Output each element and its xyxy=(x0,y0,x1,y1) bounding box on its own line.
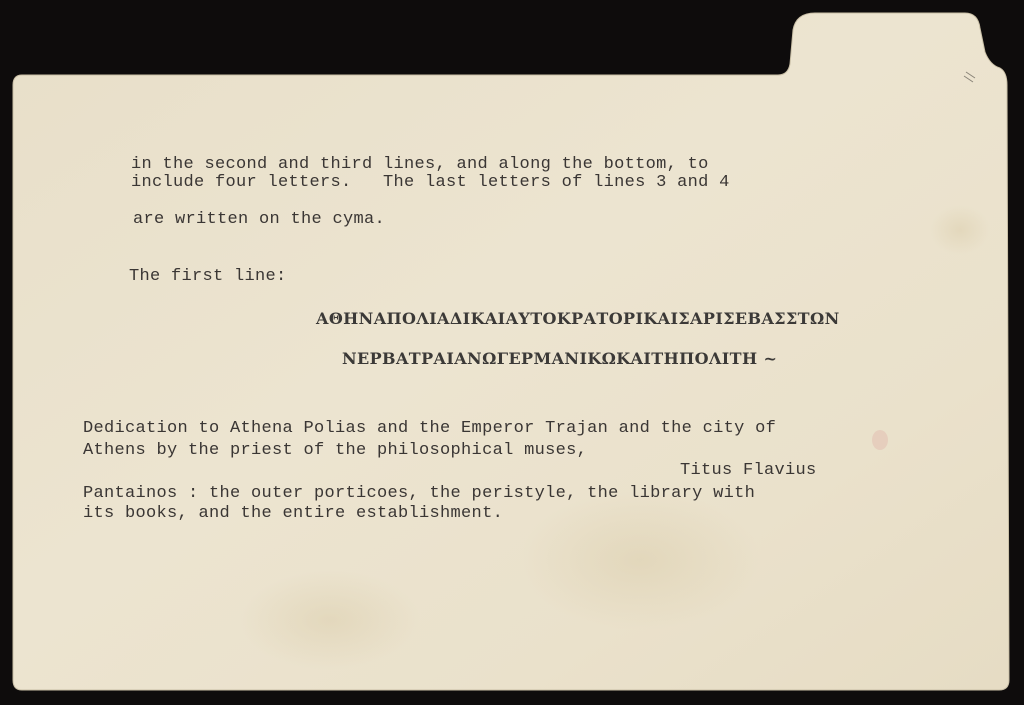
intro-line-1: in the second and third lines, and along… xyxy=(131,156,709,173)
intro-line-2: include four letters. The last letters o… xyxy=(131,174,730,191)
greek-inscription-line-2: ΝΕΡΒΑΤΡΑΙΑΝΩΓΕΡΜΑΝΙΚΩΚΑΙΤΗΠΟΛΙΤΗ ~ xyxy=(342,351,777,367)
translation-line-2-continued: Titus Flavius xyxy=(680,462,817,479)
translation-line-2: Athens by the priest of the philosophica… xyxy=(83,442,587,459)
first-line-label: The first line: xyxy=(129,268,287,285)
intro-line-3: are written on the cyma. xyxy=(133,211,385,228)
translation-line-3: Pantainos : the outer porticoes, the per… xyxy=(83,485,755,502)
translation-line-4: its books, and the entire establishment. xyxy=(83,505,503,522)
greek-inscription-line-1: ΑΘΗΝΑΠΟΛΙΑΔΙΚΑΙΑΥΤΟΚΡΑΤΟΡΙΚΑΙΣΑΡΙΣΕΒΑΣΣΤ… xyxy=(316,311,840,327)
translation-line-1: Dedication to Athena Polias and the Empe… xyxy=(83,420,776,437)
card-content: in the second and third lines, and along… xyxy=(0,0,1024,705)
photo-background: in the second and third lines, and along… xyxy=(0,0,1024,705)
